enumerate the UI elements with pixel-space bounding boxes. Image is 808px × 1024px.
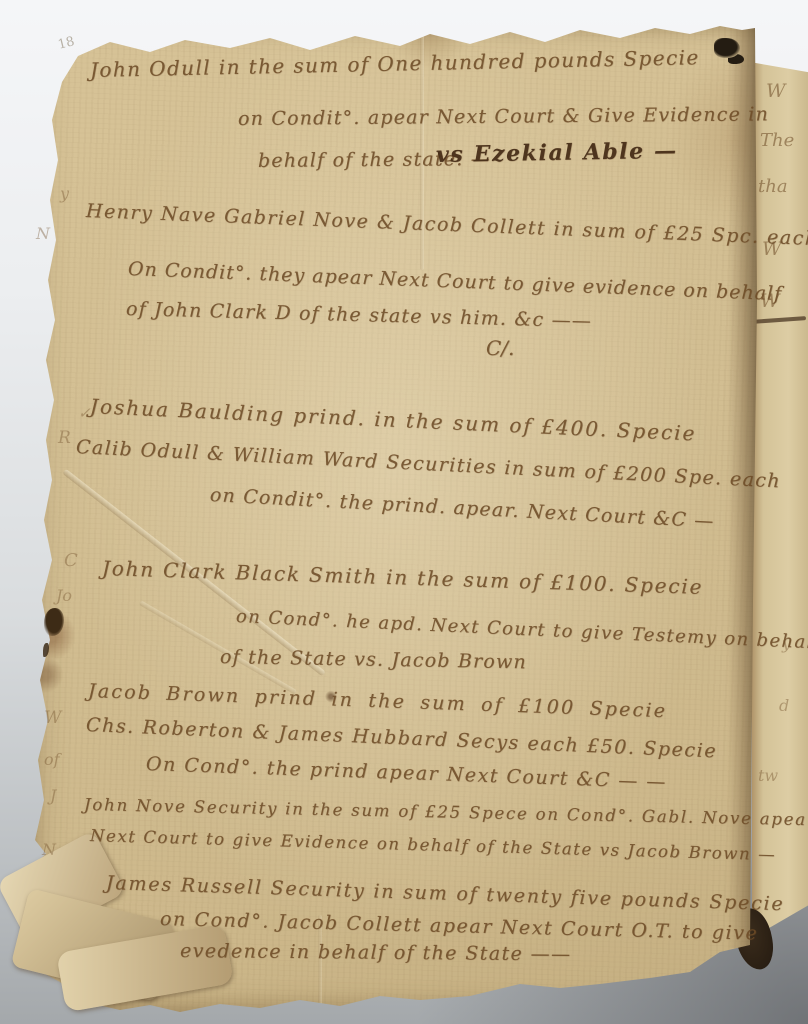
manuscript-line: on Condit°. apear Next Court & Give Evid… (238, 103, 769, 130)
manuscript-line: evedence in behalf of the State —— (180, 940, 572, 965)
margin-mark: R (58, 428, 71, 448)
margin-mark: C (64, 550, 78, 571)
margin-mark: N (42, 840, 56, 859)
margin-mark: y (60, 184, 69, 203)
next-page-text-fragment: W (766, 80, 786, 102)
folio-number: 18 (56, 34, 76, 53)
next-page-text-fragment: d (779, 696, 789, 715)
margin-mark: ✓ (78, 404, 91, 422)
margin-mark: J (50, 786, 56, 805)
scanned-manuscript: W The tha W W y d tw 18 John Odull in th… (0, 0, 808, 1024)
margin-mark: N (36, 224, 50, 243)
next-page-text-fragment: The (760, 130, 794, 151)
margin-mark: Jo (56, 586, 72, 605)
margin-mark: of (44, 750, 60, 769)
ink-blot (714, 38, 740, 58)
margin-mark: W (44, 708, 61, 728)
next-page-text-fragment: tha (758, 176, 788, 197)
clerk-mark: C/. (486, 336, 514, 360)
attestation-signature: vs Ezekial Able — (436, 138, 678, 168)
next-page-text-fragment: tw (758, 766, 778, 785)
